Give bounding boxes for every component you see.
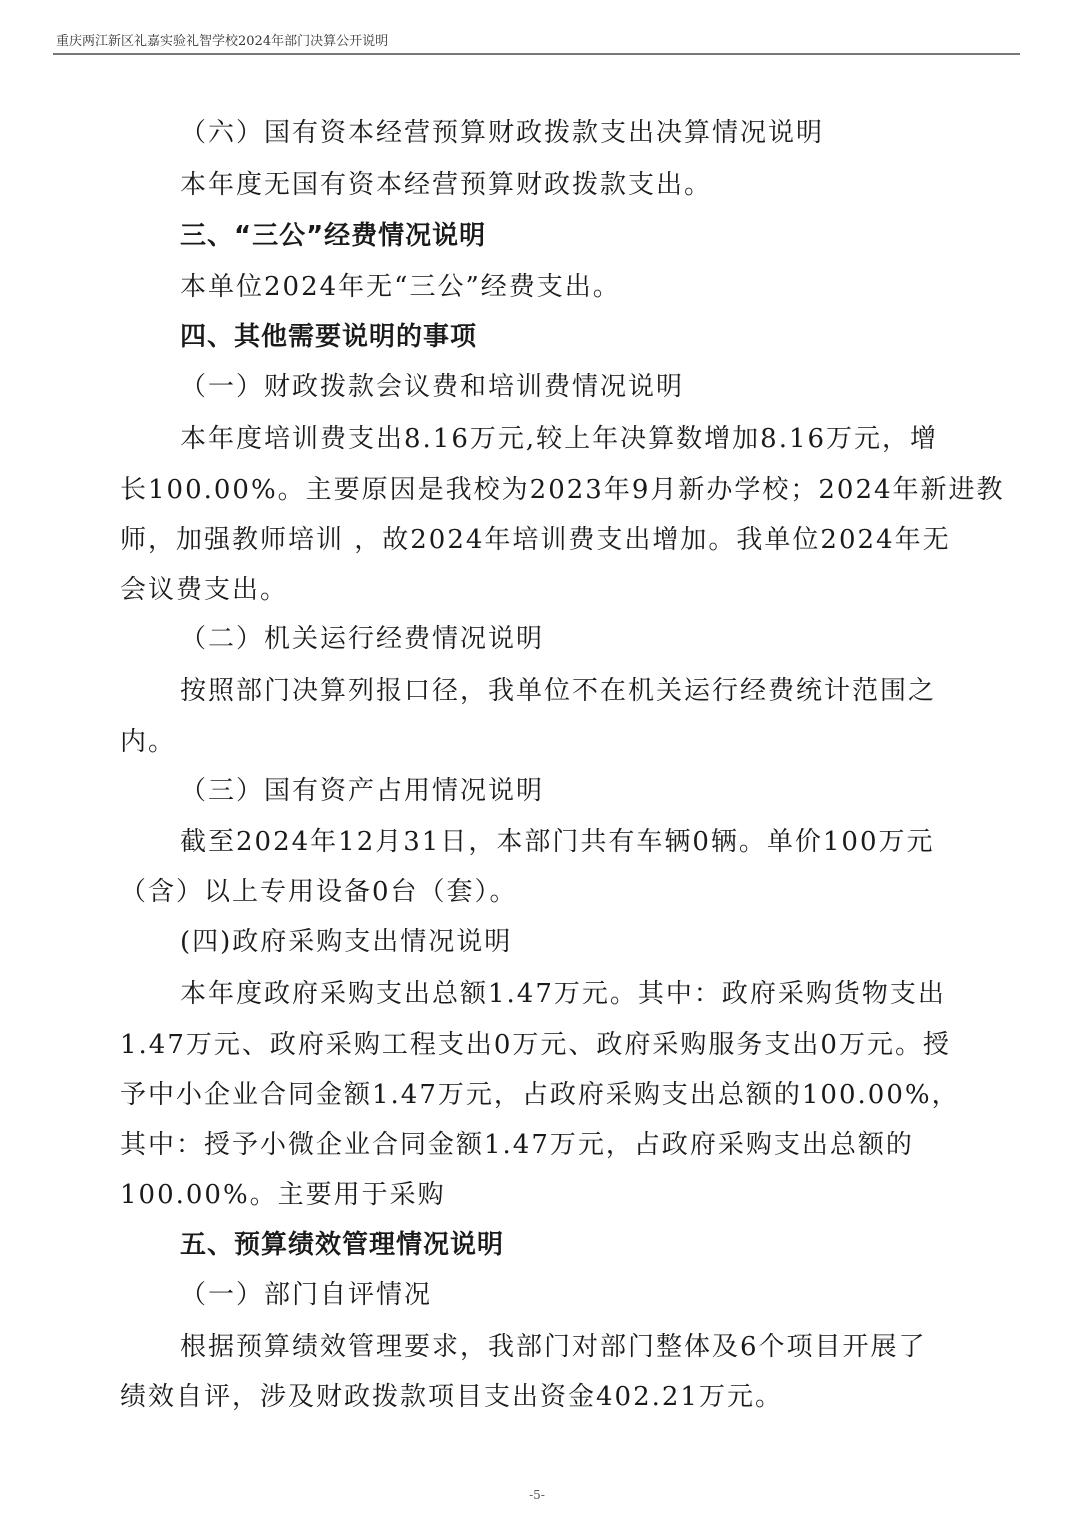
section-heading: 五、预算绩效管理情况说明 (180, 1230, 504, 1260)
paragraph-line: 内。 (120, 727, 176, 757)
subsection-heading: （六）国有资本经营预算财政拨款支出决算情况说明 (180, 118, 824, 148)
paragraph-line: 100.00%。主要用于采购 (120, 1180, 446, 1210)
paragraph-line: 本单位2024年无“三公”经费支出。 (180, 272, 621, 302)
paragraph-line: 师，加强教师培训 ，故2024年培训费支出增加。我单位2024年无 (120, 525, 951, 555)
subsection-heading: （二）机关运行经费情况说明 (180, 624, 544, 654)
subsection-heading: （三）国有资产占用情况说明 (180, 776, 544, 806)
page-number: -5- (0, 1488, 1074, 1502)
subsection-heading: （一）财政拨款会议费和培训费情况说明 (180, 372, 684, 402)
paragraph-line: 会议费支出。 (120, 575, 288, 605)
subsection-heading: (四)政府采购支出情况说明 (180, 927, 512, 957)
header-divider (53, 53, 1020, 55)
paragraph-line: 本年度培训费支出8.16万元,较上年决算数增加8.16万元，增 (180, 424, 938, 454)
paragraph-line: 按照部门决算列报口径，我单位不在机关运行经费统计范围之 (180, 676, 936, 706)
paragraph-line: （含）以上专用设备0台（套）。 (120, 877, 518, 907)
section-heading: 三、“三公”经费情况说明 (180, 221, 486, 251)
paragraph-line: 根据预算绩效管理要求，我部门对部门整体及6个项目开展了 (180, 1332, 927, 1362)
section-heading: 四、其他需要说明的事项 (180, 322, 477, 352)
paragraph-line: 1.47万元、政府采购工程支出0万元、政府采购服务支出0万元。授 (120, 1030, 951, 1060)
paragraph-line: 截至2024年12月31日，本部门共有车辆0辆。单价100万元 (180, 827, 935, 857)
paragraph-line: 本年度政府采购支出总额1.47万元。其中：政府采购货物支出 (180, 979, 946, 1009)
paragraph-line: 绩效自评，涉及财政拨款项目支出资金402.21万元。 (120, 1382, 783, 1412)
subsection-heading: （一）部门自评情况 (180, 1280, 432, 1310)
running-header: 重庆两江新区礼嘉实验礼智学校2024年部门决算公开说明 (56, 30, 388, 49)
paragraph-line: 本年度无国有资本经营预算财政拨款支出。 (180, 170, 712, 200)
paragraph-line: 长100.00%。主要原因是我校为2023年9月新办学校；2024年新进教 (120, 475, 1005, 505)
paragraph-line: 予中小企业合同金额1.47万元，占政府采购支出总额的100.00%， (120, 1080, 960, 1110)
paragraph-line: 其中：授予小微企业合同金额1.47万元，占政府采购支出总额的 (120, 1130, 914, 1160)
